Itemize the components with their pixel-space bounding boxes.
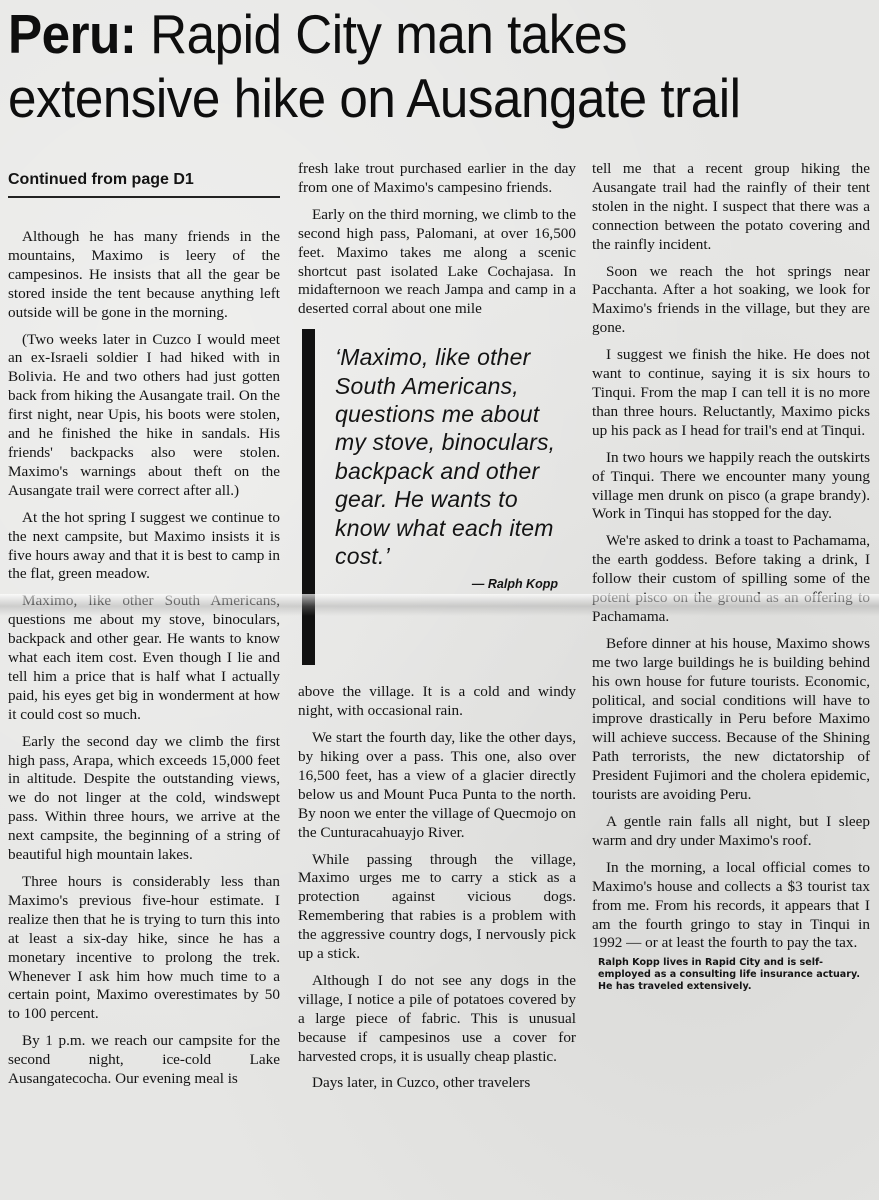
headline: Peru: Rapid City man takes extensive hik… (8, 2, 817, 130)
paragraph: Before dinner at his house, Maximo shows… (592, 635, 870, 805)
paragraph: A gentle rain falls all night, but I sle… (592, 813, 870, 851)
article-column-3: tell me that a recent group hiking the A… (592, 160, 870, 992)
paragraph: Maximo, like other South Americans, ques… (8, 592, 280, 724)
paragraph: I suggest we finish the hike. He does no… (592, 346, 870, 441)
paragraph: In two hours we happily reach the outski… (592, 449, 870, 525)
paragraph: (Two weeks later in Cuzco I would meet a… (8, 331, 280, 501)
paragraph: Early on the third morning, we climb to … (298, 206, 576, 319)
paragraph: fresh lake trout purchased earlier in th… (298, 160, 576, 198)
pull-quote-text: ‘Maximo, like other South Americans, que… (335, 343, 568, 570)
paragraph: We're asked to drink a toast to Pachamam… (592, 532, 870, 627)
paragraph: While passing through the village, Maxim… (298, 851, 576, 964)
author-bio: Ralph Kopp lives in Rapid City and is se… (592, 957, 870, 992)
paragraph: Soon we reach the hot springs near Pacch… (592, 263, 870, 339)
paragraph: Days later, in Cuzco, other travelers (298, 1074, 576, 1093)
article-column-1: Continued from page D1 Although he has m… (8, 160, 280, 1097)
paragraph: Although he has many friends in the moun… (8, 228, 280, 323)
paragraph: We start the fourth day, like the other … (298, 729, 576, 842)
pull-quote: ‘Maximo, like other South Americans, que… (302, 329, 576, 665)
paragraph: At the hot spring I suggest we continue … (8, 509, 280, 585)
article-column-2: fresh lake trout purchased earlier in th… (298, 160, 576, 1101)
paragraph: By 1 p.m. we reach our campsite for the … (8, 1032, 280, 1089)
pull-quote-attribution: — Ralph Kopp (335, 575, 568, 594)
jump-line: Continued from page D1 (8, 160, 280, 198)
paragraph: Although I do not see any dogs in the vi… (298, 972, 576, 1067)
paragraph: Early the second day we climb the first … (8, 733, 280, 865)
paragraph: In the morning, a local official comes t… (592, 859, 870, 954)
paragraph: tell me that a recent group hiking the A… (592, 160, 870, 255)
paragraph: above the village. It is a cold and wind… (298, 683, 576, 721)
paragraph: Three hours is considerably less than Ma… (8, 873, 280, 1024)
headline-kicker: Peru: (8, 3, 136, 65)
